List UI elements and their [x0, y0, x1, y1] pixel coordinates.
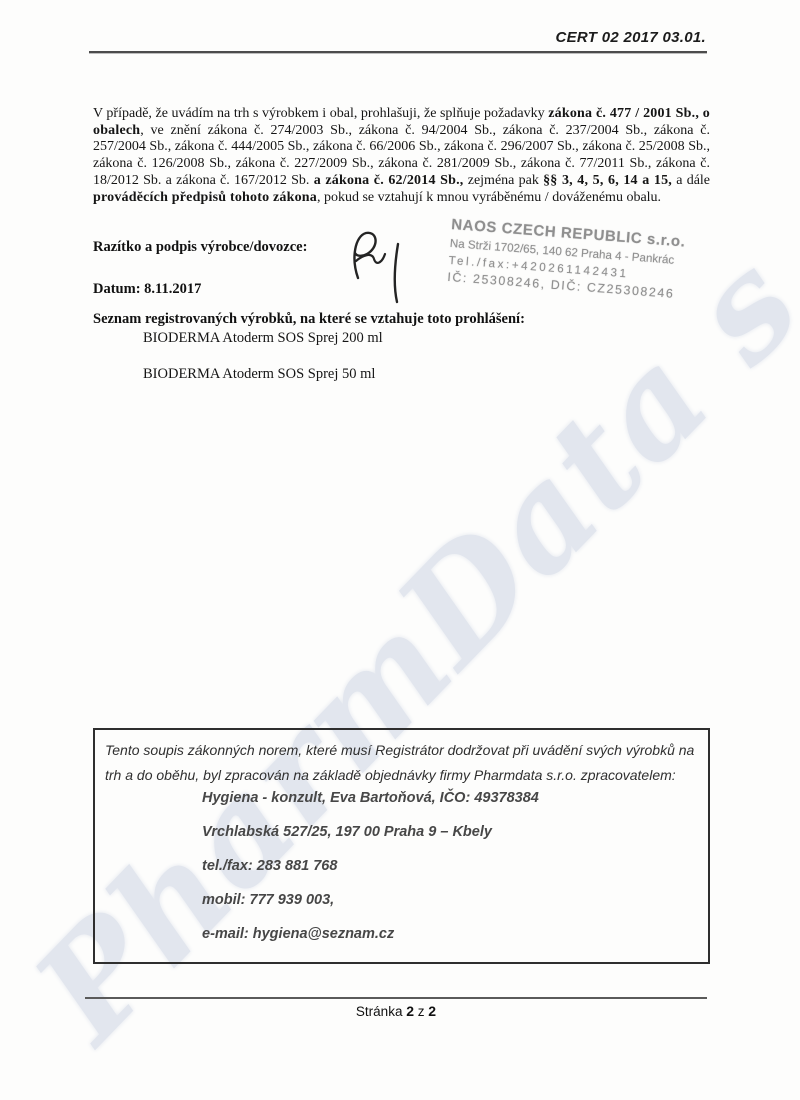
products-heading: Seznam registrovaných výrobků, na které … — [93, 311, 525, 328]
handwritten-signature — [348, 228, 408, 308]
declaration-paragraph: V případě, že uvádím na trh s výrobkem i… — [93, 106, 710, 206]
footer-text: Stránka — [356, 1004, 406, 1019]
company-stamp: NAOS CZECH REPUBLIC s.r.o. Na Strži 1702… — [447, 216, 711, 303]
header-divider — [89, 51, 707, 53]
processor-mobile-line: mobil: 777 939 003, — [202, 892, 334, 908]
processor-telfax-line: tel./fax: 283 881 768 — [202, 858, 337, 874]
product-item: BIODERMA Atoderm SOS Sprej 200 ml — [143, 330, 383, 347]
declaration-text: zejména pak — [463, 173, 543, 188]
declaration-text: V případě, že uvádím na trh s výrobkem i… — [93, 106, 548, 121]
document-reference: CERT 02 2017 03.01. — [555, 29, 706, 46]
date-label: Datum: 8.11.2017 — [93, 281, 201, 298]
processor-name-line: Hygiena - konzult, Eva Bartoňová, IČO: 4… — [202, 790, 539, 806]
processor-email-line: e-mail: hygiena@seznam.cz — [202, 926, 394, 942]
footer-page-indicator: Stránka 2 z 2 — [85, 1003, 707, 1019]
document-page: PharmData s. r. o. CERT 02 2017 03.01. V… — [0, 0, 800, 1100]
footer-text: z — [414, 1004, 428, 1019]
stamp-signature-label: Razítko a podpis výrobce/dovozce: — [93, 239, 307, 256]
declaration-bold-paragraphs: §§ 3, 4, 5, 6, 14 a 15, — [543, 173, 672, 188]
declaration-text: a dále — [672, 173, 710, 188]
footer-page-number: 2 — [406, 1003, 414, 1019]
declaration-bold-regulations: prováděcích předpisů tohoto zákona — [93, 190, 317, 205]
declaration-text: , pokud se vztahují k mnou vyráběnému / … — [317, 190, 661, 205]
declaration-bold-law: a zákona č. 62/2014 Sb., — [314, 173, 464, 188]
processor-address-line: Vrchlabská 527/25, 197 00 Praha 9 – Kbel… — [202, 824, 492, 840]
processor-info-box: Tento soupis zákonných norem, které musí… — [93, 728, 710, 964]
footer-total-pages: 2 — [428, 1003, 436, 1019]
footer-divider — [85, 997, 707, 999]
product-item: BIODERMA Atoderm SOS Sprej 50 ml — [143, 366, 375, 383]
info-box-intro: Tento soupis zákonných norem, které musí… — [105, 738, 697, 788]
